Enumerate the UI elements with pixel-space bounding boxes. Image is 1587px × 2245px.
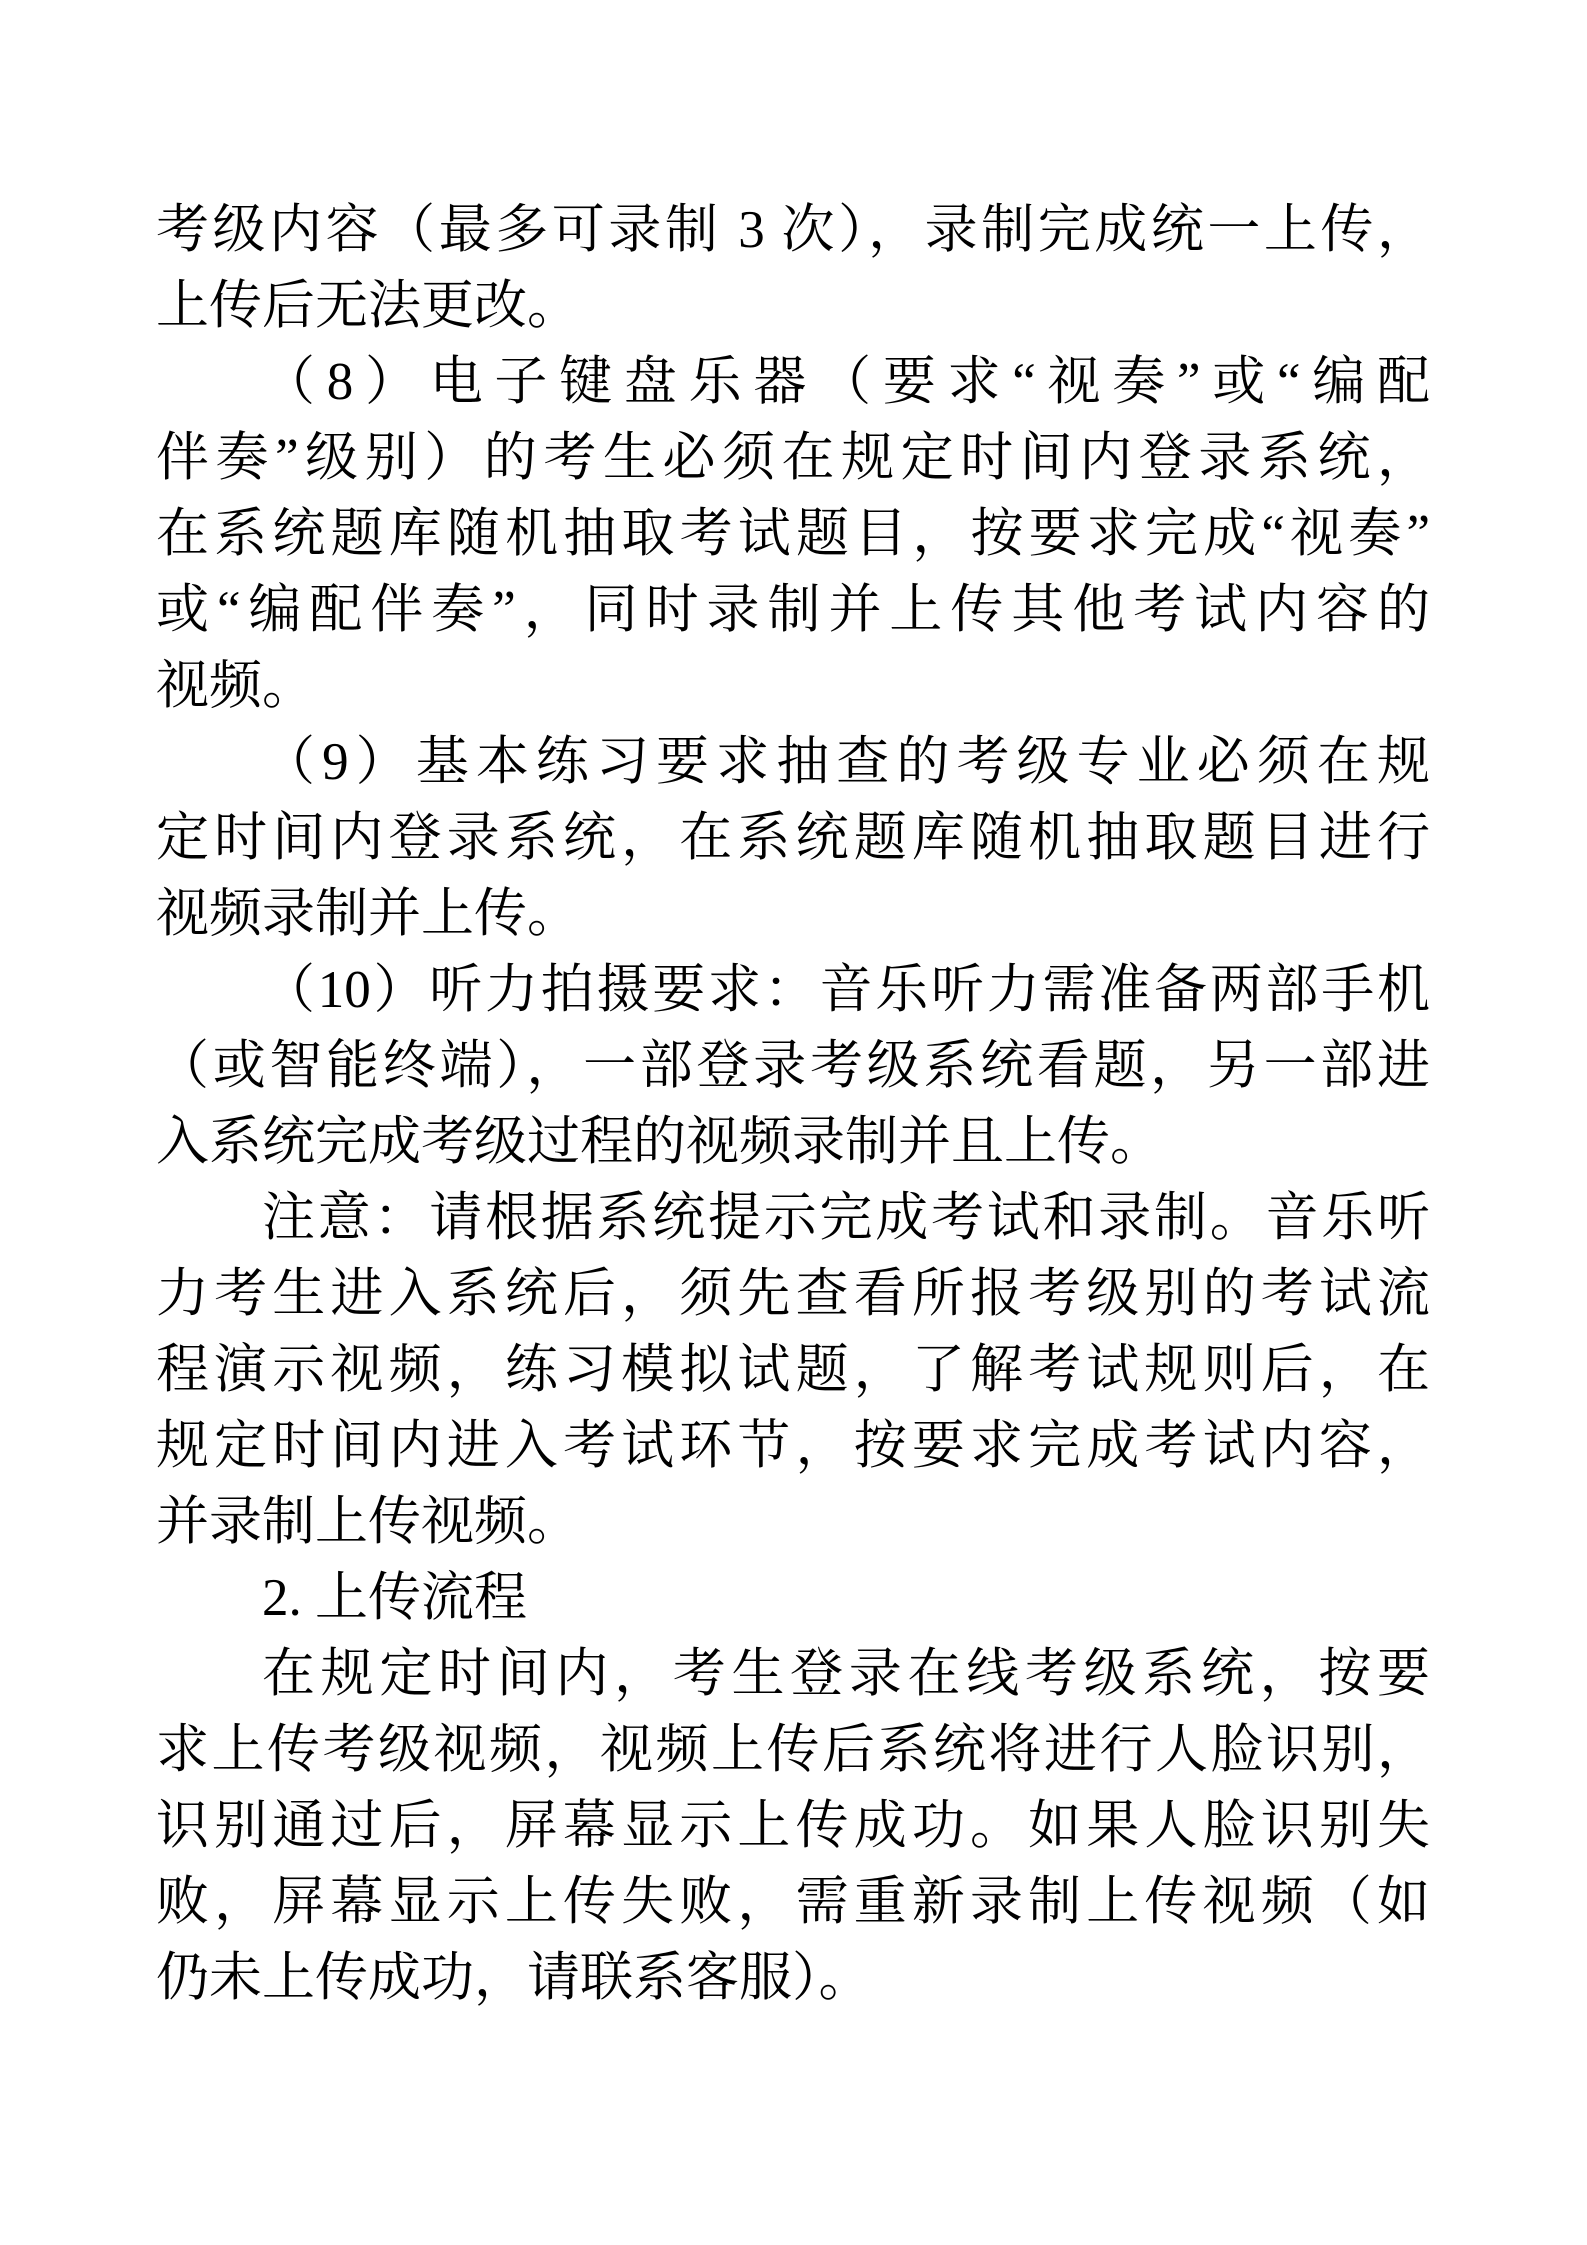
text-line: 定时间内登录系统，在系统题库随机抽取题目进行: [156, 800, 1430, 876]
text-line: 在系统题库随机抽取考试题目，按要求完成“视奏”: [156, 496, 1430, 572]
text-line: 力考生进入系统后，须先查看所报考级别的考试流: [156, 1256, 1430, 1332]
text-line: 识别通过后，屏幕显示上传成功。如果人脸识别失: [156, 1788, 1430, 1864]
text-line: 败，屏幕显示上传失败，需重新录制上传视频（如: [156, 1864, 1430, 1940]
document-body: 考级内容（最多可录制 3 次），录制完成统一上传，上传后无法更改。（8）电子键盘…: [156, 192, 1430, 2016]
text-line: 注意：请根据系统提示完成考试和录制。音乐听: [156, 1180, 1430, 1256]
text-line: 2. 上传流程: [156, 1560, 1430, 1636]
text-line: 上传后无法更改。: [156, 268, 1430, 344]
text-line: 并录制上传视频。: [156, 1484, 1430, 1560]
text-line: （9）基本练习要求抽查的考级专业必须在规: [156, 724, 1430, 800]
text-line: 入系统完成考级过程的视频录制并且上传。: [156, 1104, 1430, 1180]
text-line: 规定时间内进入考试环节，按要求完成考试内容，: [156, 1408, 1430, 1484]
text-line: 视频录制并上传。: [156, 876, 1430, 952]
text-line: 或“编配伴奏”，同时录制并上传其他考试内容的: [156, 572, 1430, 648]
text-line: 考级内容（最多可录制 3 次），录制完成统一上传，: [156, 192, 1430, 268]
text-line: 视频。: [156, 648, 1430, 724]
text-line: （8）电子键盘乐器（要求“视奏”或“编配: [156, 344, 1430, 420]
text-line: 程演示视频，练习模拟试题，了解考试规则后，在: [156, 1332, 1430, 1408]
text-line: （或智能终端），一部登录考级系统看题，另一部进: [156, 1028, 1430, 1104]
text-line: 伴奏”级别）的考生必须在规定时间内登录系统，: [156, 420, 1430, 496]
text-line: （10）听力拍摄要求：音乐听力需准备两部手机: [156, 952, 1430, 1028]
text-line: 求上传考级视频，视频上传后系统将进行人脸识别，: [156, 1712, 1430, 1788]
document-page: 考级内容（最多可录制 3 次），录制完成统一上传，上传后无法更改。（8）电子键盘…: [0, 0, 1587, 2245]
text-line: 在规定时间内，考生登录在线考级系统，按要: [156, 1636, 1430, 1712]
text-line: 仍未上传成功，请联系客服）。: [156, 1940, 1430, 2016]
